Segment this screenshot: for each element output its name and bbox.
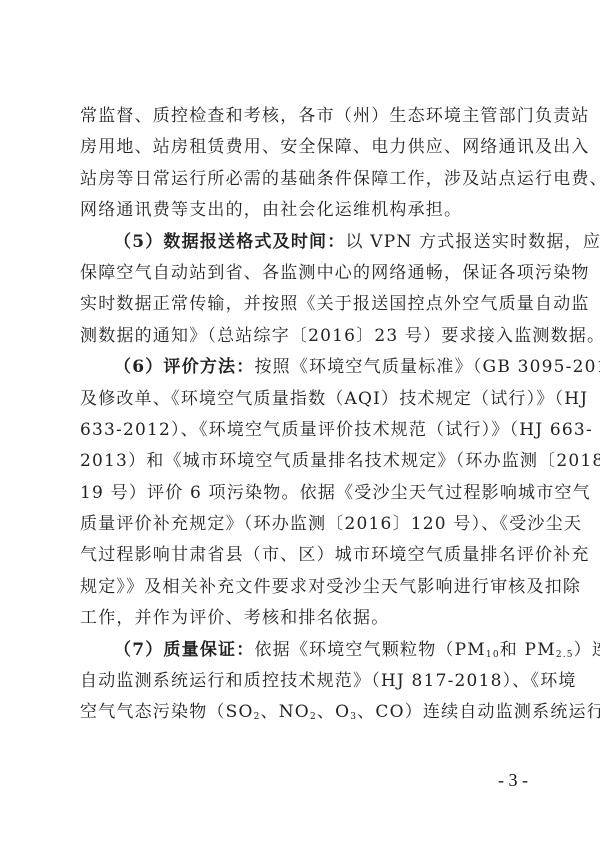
text-line: 及修改单、《环境空气质量指数（AQI）技术规定（试行）》（HJ — [80, 384, 524, 415]
subscript: 2 — [310, 712, 317, 722]
text-line: 网络通讯费等支出的，由社会化运维机构承担。 — [80, 195, 524, 226]
body-text: 常监督、质控检查和考核，各市（州）生态环境主管部门负责站 房用地、站房租赁费用、… — [80, 101, 524, 729]
section-5-heading-line: （5）数据报送格式及时间：以 VPN 方式报送实时数据，应 — [80, 227, 524, 258]
section-7-heading-line: （7）质量保证：依据《环境空气颗粒物（PM10和 PM2.5）连续 — [80, 635, 524, 666]
section-text: 和 PM — [500, 640, 556, 660]
section-heading: （7）质量保证： — [114, 640, 254, 660]
text-line: 气过程影响甘肃省县（市、区）城市环境空气质量排名评价补充 — [80, 540, 524, 571]
subscript: 2 — [254, 712, 261, 722]
text-line: 房用地、站房租赁费用、安全保障、电力供应、网络通讯及出入 — [80, 132, 524, 163]
text-line: 633-2012）、《环境空气质量评价技术规范（试行）》（HJ 663- — [80, 415, 524, 446]
text-line: 质量评价补充规定》（环办监测〔2016〕120 号）、《受沙尘天 — [80, 509, 524, 540]
subscript: 2.5 — [556, 650, 574, 660]
text-line: 实时数据正常传输，并按照《关于报送国控点外空气质量自动监 — [80, 289, 524, 320]
section-text: ）连续 — [574, 640, 600, 660]
text-line: 自动监测系统运行和质控技术规范》（HJ 817-2018）、《环境 — [80, 666, 524, 697]
text-line: 工作，并作为评价、考核和排名依据。 — [80, 603, 524, 634]
line-text: 、O — [317, 702, 350, 722]
subscript: 10 — [486, 650, 500, 660]
text-line: 2013）和《城市环境空气质量排名技术规定》（环办监测〔2018〕 — [80, 446, 524, 477]
text-line: 站房等日常运行所必需的基础条件保障工作，涉及站点运行电费、 — [80, 164, 524, 195]
line-text: 、CO）连续自动监测系统运行和质 — [357, 702, 600, 722]
line-text: 空气气态污染物（SO — [80, 702, 254, 722]
section-text: 以 VPN 方式报送实时数据，应 — [345, 232, 600, 252]
section-text: 按照《环境空气质量标准》（GB 3095-2012） — [254, 357, 600, 377]
document-page: 常监督、质控检查和考核，各市（州）生态环境主管部门负责站 房用地、站房租赁费用、… — [0, 0, 600, 848]
line-text: 、NO — [261, 702, 310, 722]
text-line: 19 号）评价 6 项污染物。依据《受沙尘天气过程影响城市空气 — [80, 478, 524, 509]
page-number: - 3 - — [498, 770, 528, 791]
text-line: 规定》》及相关补充文件要求对受沙尘天气影响进行审核及扣除 — [80, 572, 524, 603]
section-heading: （6）评价方法： — [114, 357, 254, 377]
section-6-heading-line: （6）评价方法：按照《环境空气质量标准》（GB 3095-2012） — [80, 352, 524, 383]
section-heading: （5）数据报送格式及时间： — [114, 232, 345, 252]
section-text: 依据《环境空气颗粒物（PM — [254, 640, 485, 660]
text-line: 常监督、质控检查和考核，各市（州）生态环境主管部门负责站 — [80, 101, 524, 132]
text-line: 测数据的通知》（总站综字〔2016〕23 号）要求接入监测数据。 — [80, 321, 524, 352]
text-line: 空气气态污染物（SO2、NO2、O3、CO）连续自动监测系统运行和质 — [80, 697, 524, 728]
text-line: 保障空气自动站到省、各监测中心的网络通畅，保证各项污染物 — [80, 258, 524, 289]
